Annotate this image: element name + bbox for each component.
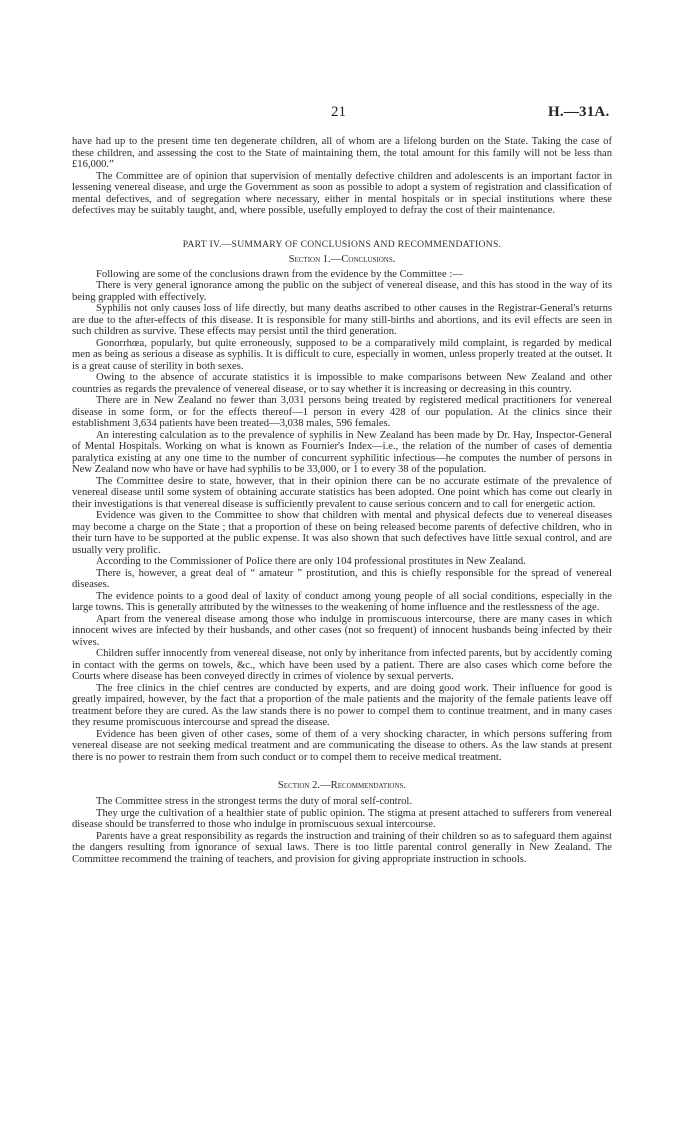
paragraph: The free clinics in the chief centres ar…: [72, 683, 612, 729]
paragraph: Children suffer innocently from venereal…: [72, 648, 612, 683]
paragraph: The Committee desire to state, however, …: [72, 476, 612, 511]
paragraph: Gonorrhœa, popularly, but quite erroneou…: [72, 338, 612, 373]
paragraph: Evidence was given to the Committee to s…: [72, 510, 612, 556]
paragraph: Syphilis not only causes loss of life di…: [72, 303, 612, 338]
paragraph: Following are some of the conclusions dr…: [72, 269, 612, 281]
continued-paragraph: have had up to the present time ten dege…: [72, 136, 612, 171]
paragraph: Evidence has been given of other cases, …: [72, 729, 612, 764]
paragraph: They urge the cultivation of a healthier…: [72, 808, 612, 831]
paragraph: There are in New Zealand no fewer than 3…: [72, 395, 612, 430]
document-id: H.—31A.: [548, 104, 609, 121]
paragraph: Owing to the absence of accurate statist…: [72, 372, 612, 395]
part-heading: PART IV.—SUMMARY OF CONCLUSIONS AND RECO…: [72, 239, 612, 251]
section-heading-recommendations: Section 2.—Recommendations.: [72, 779, 612, 792]
page-body: have had up to the present time ten dege…: [72, 136, 612, 865]
section-heading-conclusions: Section 1.—Conclusions.: [72, 253, 612, 266]
paragraph: Apart from the venereal disease among th…: [72, 614, 612, 649]
paragraph: Parents have a great responsibility as r…: [72, 831, 612, 866]
paragraph: According to the Commissioner of Police …: [72, 556, 612, 568]
paragraph: The evidence points to a good deal of la…: [72, 591, 612, 614]
paragraph: There is very general ignorance among th…: [72, 280, 612, 303]
paragraph: The Committee stress in the strongest te…: [72, 796, 612, 808]
paragraph: There is, however, a great deal of “ ama…: [72, 568, 612, 591]
page-number: 21: [331, 104, 346, 121]
paragraph: The Committee are of opinion that superv…: [72, 171, 612, 217]
page-header: 21 H.—31A.: [0, 104, 700, 124]
paragraph: An interesting calculation as to the pre…: [72, 430, 612, 476]
